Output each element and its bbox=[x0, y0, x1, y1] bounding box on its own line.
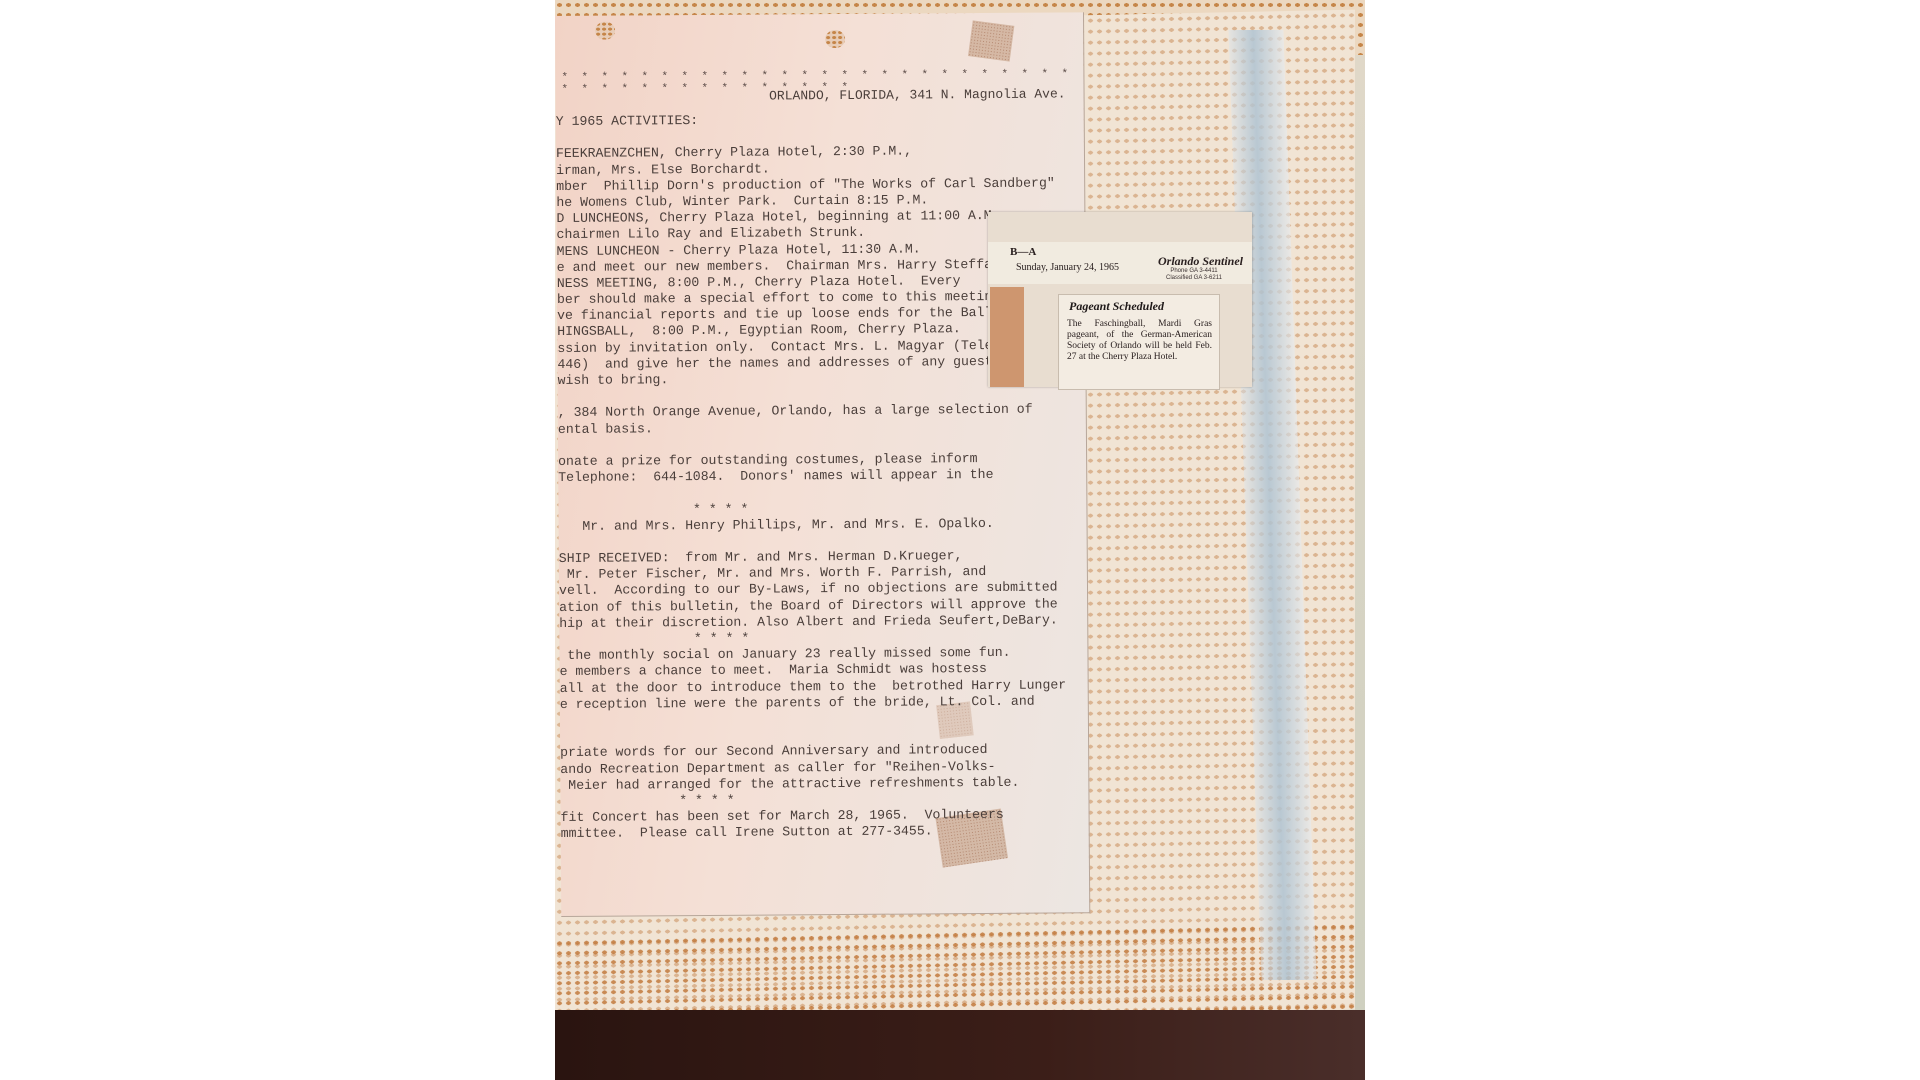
clipping-phone-line: Classified GA 3-6211 bbox=[1166, 275, 1222, 282]
clipping-section: B—A bbox=[1010, 246, 1036, 258]
clipping-phone-line: Phone GA 3-4411 bbox=[1166, 268, 1222, 275]
tape-piece bbox=[990, 287, 1024, 387]
table-surface bbox=[555, 1010, 1365, 1080]
clipping-newspaper-name: Orlando Sentinel bbox=[1158, 254, 1243, 269]
scrapbook-photo: * * * * * * * * * * * * * * * * * * * * … bbox=[555, 0, 1365, 1080]
typed-bulletin-page: * * * * * * * * * * * * * * * * * * * * … bbox=[555, 12, 1090, 917]
clipping-article: Pageant Scheduled The Faschingball, Mard… bbox=[1058, 294, 1220, 390]
bulletin-address: ORLANDO, FLORIDA, 341 N. Magnolia Ave. bbox=[769, 86, 1066, 103]
clipping-body: The Faschingball, Mardi Gras pageant, of… bbox=[1067, 319, 1212, 363]
punch-hole bbox=[595, 22, 615, 40]
clipping-date: Sunday, January 24, 1965 bbox=[1016, 262, 1119, 273]
clipping-headline: Pageant Scheduled bbox=[1069, 299, 1164, 314]
tape-piece bbox=[968, 20, 1014, 61]
clipping-phone: Phone GA 3-4411 Classified GA 3-6211 bbox=[1166, 268, 1222, 282]
punch-hole bbox=[825, 30, 845, 48]
newspaper-clipping: B—A Sunday, January 24, 1965 Orlando Sen… bbox=[988, 212, 1252, 387]
